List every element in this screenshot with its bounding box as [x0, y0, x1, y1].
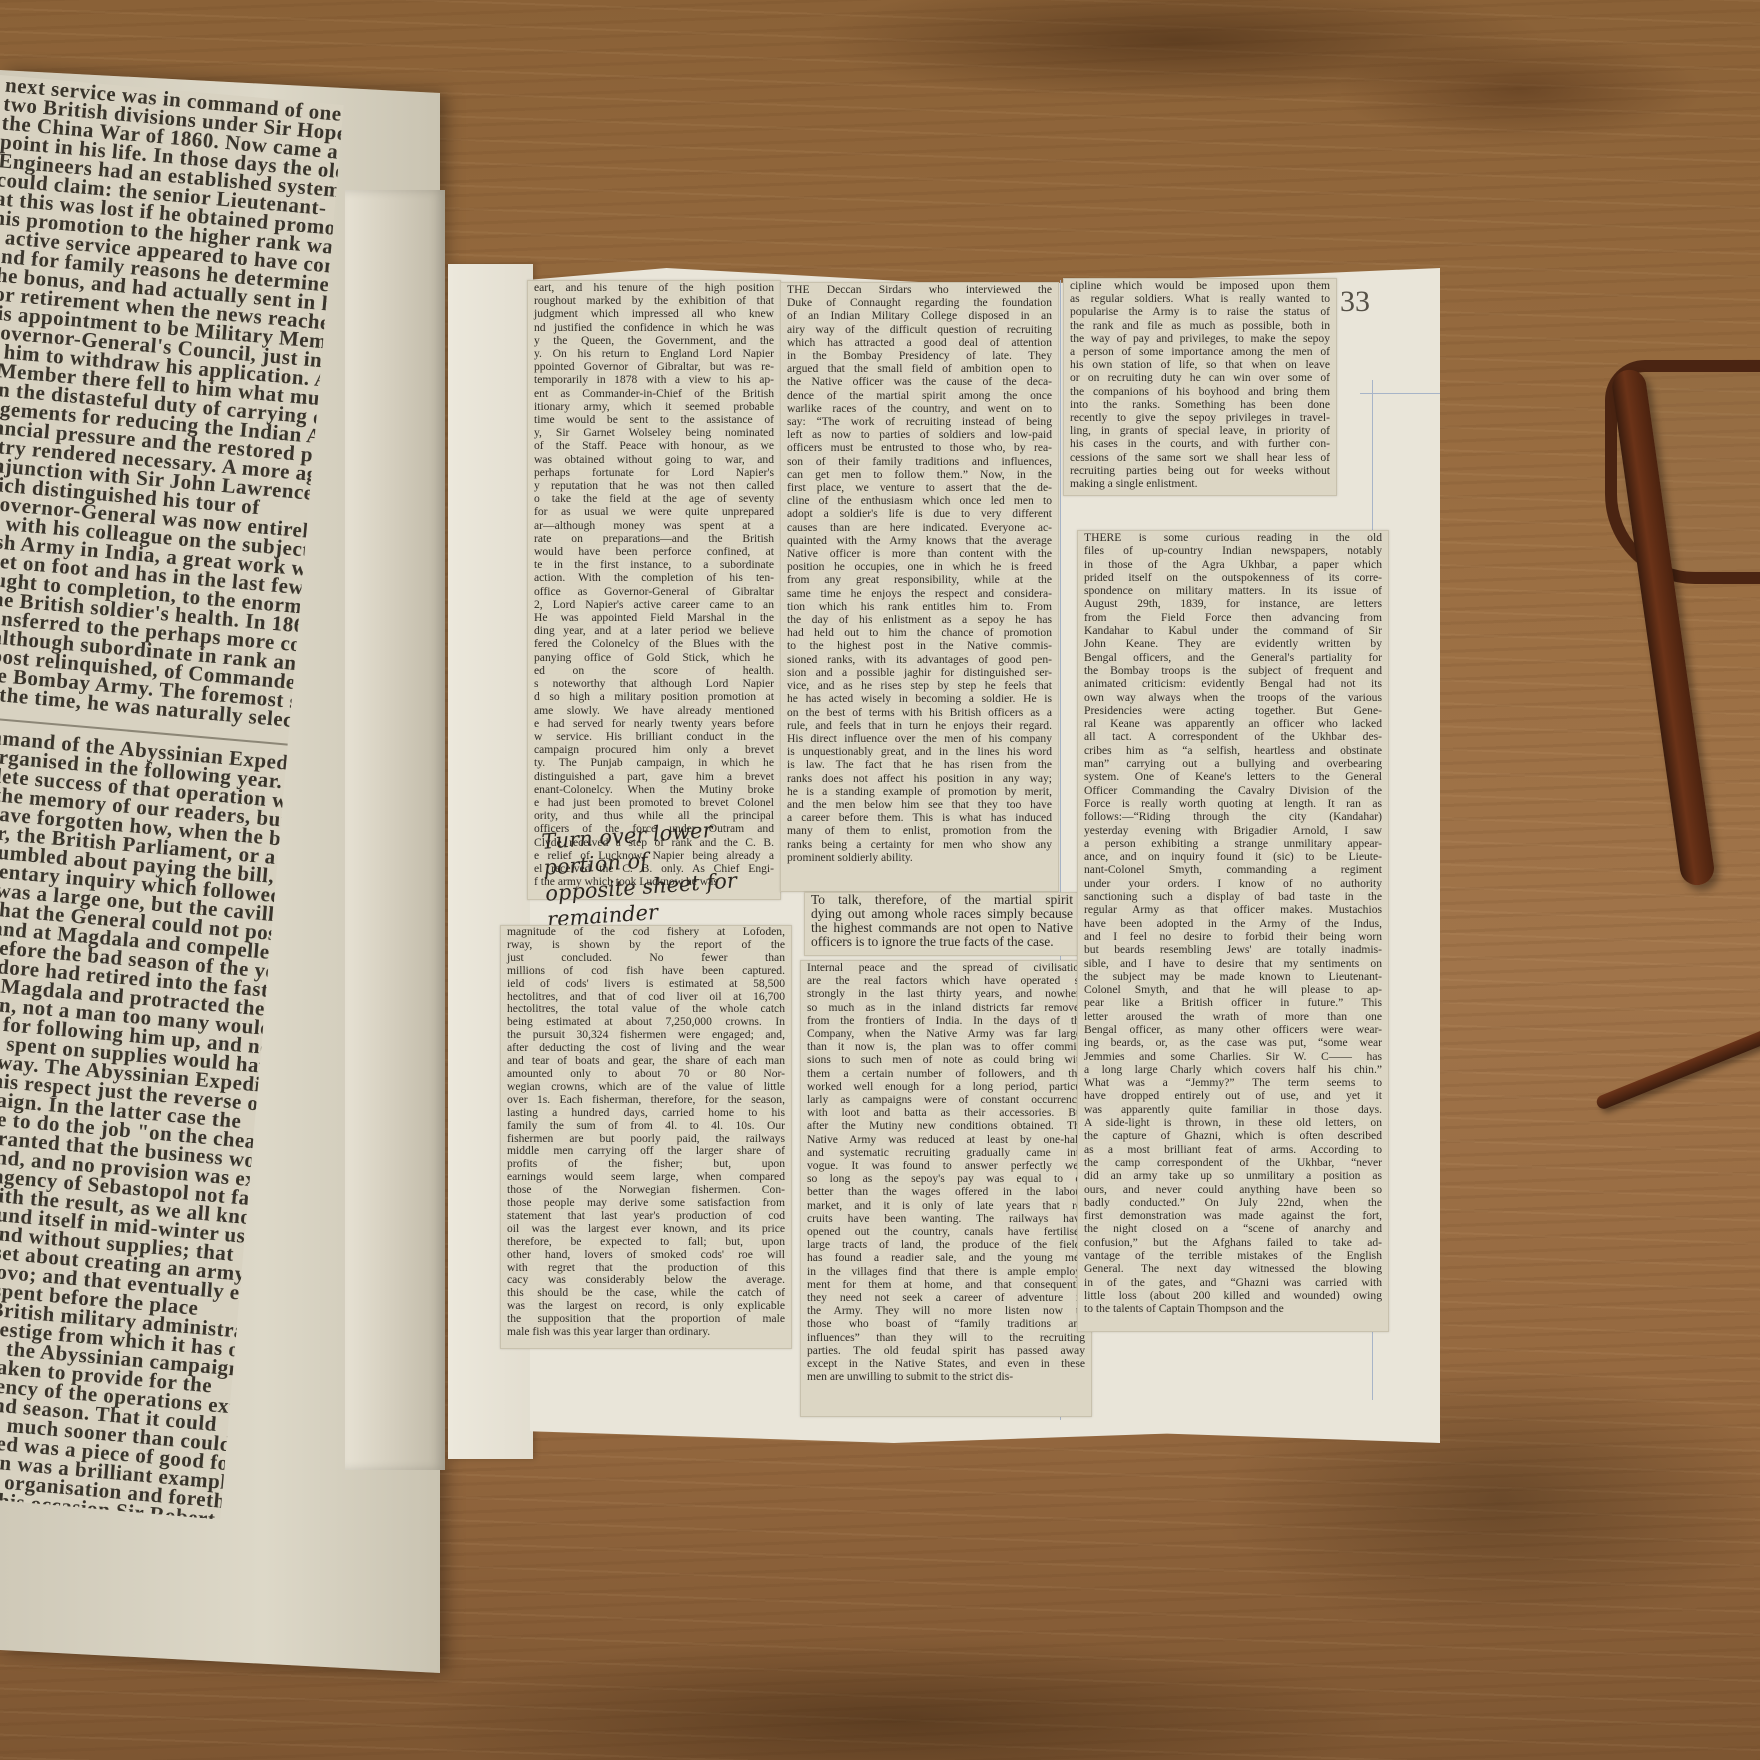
text-line: hectolitres, and that of cod liver oil a…	[501, 991, 791, 1004]
text-line: making a single enlistment.	[1064, 477, 1336, 490]
text-line: so long as the sepoy's pay was equal to …	[801, 1172, 1091, 1185]
text-line: influences” than they will to the recrui…	[801, 1331, 1091, 1344]
text-line: ed on the score of health.	[528, 664, 780, 677]
text-line: as a most brilliant feat of arms. Accord…	[1078, 1143, 1388, 1156]
text-line: in the villages find that there is ample…	[801, 1265, 1091, 1278]
left-article-upper: next service was in command of onetwo Br…	[0, 75, 344, 730]
clipping-martial-spirit-conclusion: To talk, therefore, of the martial spiri…	[804, 892, 1080, 956]
text-line: and I feel no desire to forbid their bei…	[1078, 930, 1388, 943]
text-line: than it now is, the plan was to offer co…	[801, 1040, 1091, 1053]
text-line: market, and it is only of late years tha…	[801, 1199, 1091, 1212]
text-line: had held out to him the chance of promot…	[781, 626, 1058, 639]
text-line: on the best of terms with his British of…	[781, 706, 1058, 719]
text-line: say: “The work of recruiting instead of …	[781, 415, 1058, 428]
text-line: vice, and as he rises step by step he fe…	[781, 679, 1058, 692]
text-line: many of them to enlist, promotion from t…	[781, 824, 1058, 837]
text-line: which has attracted a good deal of atten…	[781, 336, 1058, 349]
text-line: those people may derive some satisfactio…	[501, 1197, 791, 1210]
text-line: Jemmies and some Charlies. Sir W. C—— ha…	[1078, 1050, 1388, 1063]
text-line: sion and a possible jaghir for distingui…	[781, 666, 1058, 679]
clipping-deccan-sirdars: THE Deccan Sirdars who interviewed theDu…	[780, 282, 1059, 892]
text-line: cribes him as “a selfish, heartless and …	[1078, 744, 1388, 757]
text-line: the subject may be made known to Lieuten…	[1078, 970, 1388, 983]
text-line: nant-Colonel Smyth, commanding a regimen…	[1078, 863, 1388, 876]
text-line: as regular soldiers. What is really want…	[1064, 292, 1336, 305]
text-line: after the Mutiny new conditions obtained…	[801, 1119, 1091, 1132]
text-line: 2, Lord Napier's active career came to a…	[528, 598, 780, 611]
text-line: profits of the fisher; but, upon	[501, 1158, 791, 1171]
clipping-internal-peace: Internal peace and the spread of civilis…	[800, 960, 1092, 1417]
text-line: are the real factors which have operated…	[801, 974, 1091, 987]
text-line: causes than are here indicated. Everyone…	[781, 521, 1058, 534]
text-line: ance, and on inquiry found it (sic) to b…	[1078, 850, 1388, 863]
text-line: ment for them at home, and that conseque…	[801, 1278, 1091, 1291]
text-line: action. With the completion of his ten-	[528, 571, 780, 584]
text-line: ling, in grants of special leave, in pri…	[1064, 424, 1336, 437]
text-line: THE Deccan Sirdars who interviewed the	[781, 283, 1058, 296]
text-line: Duke of Connaught regarding the foundati…	[781, 296, 1058, 309]
text-line: hectolitres, the total value of the whol…	[501, 1003, 791, 1016]
text-line: y, Sir Garnet Wolseley being nominated	[528, 426, 780, 439]
text-line: y. On his return to England Lord Napier	[528, 347, 780, 360]
text-line: with regret that the production of this	[501, 1262, 791, 1275]
text-line: have been adopted in the Army of the Ind…	[1078, 917, 1388, 930]
text-line: or on recruiting duty he can win over so…	[1064, 371, 1336, 384]
text-line: earnings would seem large, when compared	[501, 1171, 791, 1184]
text-line: opened out the country, canals have fert…	[801, 1225, 1091, 1238]
text-line: popularise the Army is to raise the stat…	[1064, 305, 1336, 318]
text-line: was the largest on record, is only expli…	[501, 1300, 791, 1313]
text-line: from the frontiers of India. In the days…	[801, 1014, 1091, 1027]
text-line: sioned ranks, with its advantages of goo…	[781, 653, 1058, 666]
text-line: he has acted wisely in becoming a soldie…	[781, 692, 1058, 705]
text-line: and the men below him see that they too …	[781, 798, 1058, 811]
clipping-discipline: cipline which would be imposed upon them…	[1063, 278, 1337, 496]
text-line: s noteworthy that although Lord Napier	[528, 677, 780, 690]
text-line: oil was the largest ever known, and its …	[501, 1223, 791, 1236]
text-line: the Army. They will no more listen now t…	[801, 1304, 1091, 1317]
text-line: of an Indian Military College disposed i…	[781, 309, 1058, 322]
text-line: other hand, lovers of smoked cods' roe w…	[501, 1249, 791, 1262]
text-line: e had served for nearly twenty years bef…	[528, 717, 780, 730]
text-line: officers must be entrusted to those who,…	[781, 441, 1058, 454]
text-line: ranks does not affect his position in an…	[781, 772, 1058, 785]
text-line: follows:—“Riding through the city (Kanda…	[1078, 810, 1388, 823]
text-line: ppointed Governor of Gibraltar, but was …	[528, 360, 780, 373]
text-line: adopt a soldier's life is due to very di…	[781, 507, 1058, 520]
text-line: his own station of life, so that when on…	[1064, 358, 1336, 371]
text-line: ar—although money was spent at a	[528, 519, 780, 532]
text-line: y the Queen, the Government, and the	[528, 334, 780, 347]
text-line: a long large Charly which covers half hi…	[1078, 1063, 1388, 1076]
text-line: just concluded. No fewer than	[501, 952, 791, 965]
text-line: o take the field at the age of seventy	[528, 492, 780, 505]
text-line: have dropped entirely out of use, and ye…	[1078, 1089, 1388, 1102]
text-line: same time he enjoys the respect and cons…	[781, 587, 1058, 600]
text-line: the Native officer was the cause of the …	[781, 375, 1058, 388]
text-line: rway, is shown by the report of the	[501, 939, 791, 952]
text-line: ours, and never could anything have been…	[1078, 1183, 1388, 1196]
text-line: nd justified the confidence in which he …	[528, 321, 780, 334]
text-line: dence of the martial spirit among the on…	[781, 389, 1058, 402]
text-line: recruiting parties being out for weeks w…	[1064, 464, 1336, 477]
text-line: argued that the small field of ambition …	[781, 362, 1058, 375]
text-line: family the sum of from 4l. to 4l. 10s. O…	[501, 1120, 791, 1133]
text-line: large tracts of land, the produce of the…	[801, 1238, 1091, 1251]
text-line: prided itself on the outspokenness of it…	[1078, 571, 1388, 584]
clipping-agra-ukhbar: THERE is some curious reading in the old…	[1077, 530, 1389, 1332]
text-line: Bengal officers, and the General's parti…	[1078, 651, 1388, 664]
text-line: badly conducted.” On July 22nd, when the	[1078, 1196, 1388, 1209]
text-line: the rank and file as much as possible, b…	[1064, 319, 1336, 332]
text-line: ing beards, or, as the case was put, “so…	[1078, 1036, 1388, 1049]
text-line: into the ranks. Something has been done	[1064, 398, 1336, 411]
text-line: was apparently quite familiar in those d…	[1078, 1103, 1388, 1116]
text-line: except in the Native States, and even in…	[801, 1357, 1091, 1370]
text-line: them a certain number of followers, and …	[801, 1067, 1091, 1080]
text-line: the Bombay troops is the subject of freq…	[1078, 664, 1388, 677]
text-line: temporarily in 1878 with a view to his a…	[528, 373, 780, 386]
text-line: first demonstration was made against the…	[1078, 1209, 1388, 1222]
text-line: cacy was considerably below the average.	[501, 1274, 791, 1287]
text-line: over 1s. Each fisherman, therefore, for …	[501, 1094, 791, 1107]
text-line: lasting a hundred days, carried home to …	[501, 1107, 791, 1120]
text-line: has found a readier sale, and the young …	[801, 1251, 1091, 1264]
text-line: middle men carrying off the larger share…	[501, 1145, 791, 1158]
text-line: August 29th, 1839, for instance, are let…	[1078, 597, 1388, 610]
clipping-cod-fishery: magnitude of the cod fishery at Lofoden,…	[500, 925, 792, 1349]
text-line: all tact. A correspondent of the Ukhbar …	[1078, 730, 1388, 743]
text-line: the companions of his boyhood and bring …	[1064, 385, 1336, 398]
text-line: panying office of Gold Stick, which he	[528, 651, 780, 664]
text-line: roughout marked by the exhibition of tha…	[528, 294, 780, 307]
text-line: vantage of the terrible mistakes of the …	[1078, 1249, 1388, 1262]
text-line: y reputation that he was not then called	[528, 479, 780, 492]
text-line: of the Staff. Peace with honour, as we	[528, 439, 780, 452]
text-line: fered the Colonelcy of the Blues with th…	[528, 637, 780, 650]
text-line: quainted with the Army knows that the av…	[781, 534, 1058, 547]
text-line: after deducting the cost of living and t…	[501, 1042, 791, 1055]
text-line: for as usual we were quite unprepared	[528, 505, 780, 518]
text-line: sanctioning such a display of bad taste …	[1078, 890, 1388, 903]
text-line: vogue. It was found to answer perfectly …	[801, 1159, 1091, 1172]
text-line: from the Field Force then advancing from	[1078, 611, 1388, 624]
text-line: cruits have been wanting. The railways h…	[801, 1212, 1091, 1225]
text-line: dying out among whole races simply becau…	[805, 907, 1079, 921]
text-line: left as now to parties of soldiers and l…	[781, 428, 1058, 441]
text-line: better than the wages offered in the lab…	[801, 1185, 1091, 1198]
text-line: spondence on military matters. In its is…	[1078, 584, 1388, 597]
text-line: cessions of the same sort we shall hear …	[1064, 451, 1336, 464]
text-line: is law. The fact that he has risen from …	[781, 758, 1058, 771]
text-line: distinguished a part, gave him a brevet	[528, 770, 780, 783]
text-line: ame slowly. We have already mentioned	[528, 704, 780, 717]
text-line: system. One of Keane's letters to the Ge…	[1078, 770, 1388, 783]
text-line: Colonel Smyth, and that he will please t…	[1078, 983, 1388, 996]
text-line: wegian crowns, which are of the value of…	[501, 1081, 791, 1094]
text-line: To talk, therefore, of the martial spiri…	[805, 893, 1079, 907]
text-line: ranks being a certainty for men who show…	[781, 838, 1058, 851]
text-line: fishermen are but poorly paid, the railw…	[501, 1133, 791, 1146]
text-line: strongly in the last thirty years, and n…	[801, 987, 1091, 1000]
text-line: so much as in the inland districts far r…	[801, 1001, 1091, 1014]
text-line: e had just been promoted to brevet Colon…	[528, 796, 780, 809]
text-line: is unquestionably great, and in the line…	[781, 745, 1058, 758]
text-line: those of the Norwegian fishermen. Con-	[501, 1184, 791, 1197]
text-line: in the Bombay Presidency of late. They	[781, 349, 1058, 362]
text-line: being estimated at about 7,250,000 crown…	[501, 1016, 791, 1029]
text-line: under your orders. I know of no authorit…	[1078, 877, 1388, 890]
ruled-line	[1360, 393, 1440, 394]
text-line: would have been perforce confined, at	[528, 545, 780, 558]
text-line: men are unwilling to submit to the stric…	[801, 1370, 1091, 1383]
text-line: worked well enough for a long period, pa…	[801, 1080, 1091, 1093]
text-line: own way always when the troops of the va…	[1078, 691, 1388, 704]
text-line: statement that last year's production of…	[501, 1210, 791, 1223]
text-line: sions to such men of note as could bring…	[801, 1053, 1091, 1066]
text-line: cline of the enthusiasm which once led m…	[781, 494, 1058, 507]
text-line: man” carrying out a bullying and overbea…	[1078, 757, 1388, 770]
text-line: itionary army, which it seemed probable	[528, 400, 780, 413]
text-line: rate on preparations—and the British	[528, 532, 780, 545]
text-line: in of the gates, and “Ghazni was carried…	[1078, 1276, 1388, 1289]
text-line: to the highest post in the Native commis…	[781, 639, 1058, 652]
text-line: eart, and his tenure of the high positio…	[528, 281, 780, 294]
text-line: campaign procured him only a brevet	[528, 743, 780, 756]
text-line: millions of cod fish have been captured.	[501, 965, 791, 978]
text-line: first place, we venture to assert that t…	[781, 481, 1058, 494]
text-line: airy way of the difficult question of re…	[781, 323, 1058, 336]
text-line: the day of his enlistment as a sepoy he …	[781, 613, 1058, 626]
text-line: parties. The old feudal spirit has passe…	[801, 1344, 1091, 1357]
text-line: this should be the case, while the catch…	[501, 1287, 791, 1300]
text-line: with loot and batta as their accessories…	[801, 1106, 1091, 1119]
text-line: magnitude of the cod fishery at Lofoden,	[501, 926, 791, 939]
text-line: the night closed on a “scene of anarchy …	[1078, 1222, 1388, 1235]
text-line: Native officer is more than content with…	[781, 547, 1058, 560]
text-line: office as Governor-General of Gibraltar	[528, 585, 780, 598]
text-line: those who boast of “family traditions an…	[801, 1317, 1091, 1330]
text-line: officers is to ignore the true facts of …	[805, 935, 1079, 949]
text-line: a person exhibiting a strange unmilitary…	[1078, 837, 1388, 850]
text-line: ent as Commander-in-Chief of the British	[528, 387, 780, 400]
text-line: cipline which would be imposed upon them	[1064, 279, 1336, 292]
text-line: in those of the Agra Ukhbar, a paper whi…	[1078, 558, 1388, 571]
text-line: larly as campaigns were of constant occu…	[801, 1093, 1091, 1106]
text-line: Presidencies were acting together. But G…	[1078, 704, 1388, 717]
text-line: and tear of boats and gear, the share of…	[501, 1055, 791, 1068]
text-line: He was appointed Field Marshal in the	[528, 611, 780, 624]
text-line: A side-light is thrown, in these old let…	[1078, 1116, 1388, 1129]
text-line: the capture of Ghazni, which is often de…	[1078, 1129, 1388, 1142]
text-line: Kandahar to Kabul under the command of S…	[1078, 624, 1388, 637]
text-line: Internal peace and the spread of civilis…	[801, 961, 1091, 974]
text-line: a career before them. This is what has i…	[781, 811, 1058, 824]
text-line: therefore, be expected to fall; but, upo…	[501, 1236, 791, 1249]
text-line: recently to give the sepoy privileges in…	[1064, 411, 1336, 424]
text-line: the pursuit 30,324 fishermen were engage…	[501, 1029, 791, 1042]
text-line: time would be sent to the assistance of	[528, 413, 780, 426]
text-line: animated criticism: evidently Bengal had…	[1078, 677, 1388, 690]
text-line: te in the first instance, to a subordina…	[528, 558, 780, 571]
text-line: d so high a military position promotion …	[528, 690, 780, 703]
text-line: from any great responsibility, while at …	[781, 573, 1058, 586]
text-line: General. The next day witnessed the blow…	[1078, 1262, 1388, 1275]
text-line: little loss (about 200 killed and wounde…	[1078, 1289, 1388, 1302]
text-line: the camp correspondent of the Ukhbar, “n…	[1078, 1156, 1388, 1169]
text-line: did an army take up so unmilitary a posi…	[1078, 1169, 1388, 1182]
text-line: yesterday evening with Brigadier Arnold,…	[1078, 824, 1388, 837]
text-line: w service. His brilliant conduct in the	[528, 730, 780, 743]
text-line: they need not seek a career of adventure…	[801, 1291, 1091, 1304]
text-line: warlike races of the country, and went o…	[781, 402, 1058, 415]
text-line: files of up-country Indian newspapers, n…	[1078, 544, 1388, 557]
text-line: letter aroused the wrath of more than on…	[1078, 1010, 1388, 1023]
text-line: was obtained without going to war, and	[528, 453, 780, 466]
text-line: What was a “Jemmy?” The term seems to	[1078, 1076, 1388, 1089]
text-line: His direct influence over the men of his…	[781, 732, 1058, 745]
text-line: position he occupies, one in which he is…	[781, 560, 1058, 573]
text-line: ding year, and at a later period we beli…	[528, 624, 780, 637]
text-line: Company, when the Native Army was far la…	[801, 1027, 1091, 1040]
text-line: rule, and feels that in turn he enjoys t…	[781, 719, 1058, 732]
text-line: tion which his rank entitles him to. Fro…	[781, 600, 1058, 613]
text-line: THERE is some curious reading in the old	[1078, 531, 1388, 544]
text-line: the way of pay and privileges, to make t…	[1064, 332, 1336, 345]
book-gutter	[345, 190, 445, 1470]
text-line: to the talents of Captain Thompson and t…	[1078, 1302, 1388, 1315]
text-line: ral Keane was apparently an officer who …	[1078, 717, 1388, 730]
clipping-napier-obituary: eart, and his tenure of the high positio…	[527, 280, 781, 900]
text-line: John Keane. They are evidently written b…	[1078, 637, 1388, 650]
text-line: Force is really worth quoting at length.…	[1078, 797, 1388, 810]
text-line: the supposition that the proportion of m…	[501, 1313, 791, 1326]
page-number: 33	[1340, 285, 1370, 319]
text-line: prominent soldierly ability.	[781, 851, 1058, 864]
text-line: son of their family traditions and influ…	[781, 455, 1058, 468]
text-line: and systematic recruiting gradually came…	[801, 1146, 1091, 1159]
text-line: his cases in the courts, and with furthe…	[1064, 437, 1336, 450]
text-line: amounted only to about 70 or 80 Nor-	[501, 1068, 791, 1081]
text-line: enant-Colonelcy. When the Mutiny broke	[528, 783, 780, 796]
text-line: a person of some importance among the me…	[1064, 345, 1336, 358]
text-line: confusion,” but the Afghans failed to ta…	[1078, 1236, 1388, 1249]
text-line: ield of cods' livers is estimated at 58,…	[501, 978, 791, 991]
text-line: but beards resembling Jews' are totally …	[1078, 943, 1388, 956]
text-line: sible, and I have to desire that my sent…	[1078, 957, 1388, 970]
text-line: perhaps fortunate for Lord Napier's	[528, 466, 780, 479]
text-line: ty. The Punjab campaign, in which he	[528, 756, 780, 769]
text-line: can get men to follow them.” Now, in the	[781, 468, 1058, 481]
text-line: pear like a British officer in future.” …	[1078, 996, 1388, 1009]
text-line: male fish was this year larger than ordi…	[501, 1326, 791, 1339]
text-line: Bengal officer, as many other officers w…	[1078, 1023, 1388, 1036]
text-line: regular Army as that officer makes. Must…	[1078, 903, 1388, 916]
text-line: Officer Commanding the Cavalry Division …	[1078, 784, 1388, 797]
text-line: Native Army was reduced at least by one-…	[801, 1133, 1091, 1146]
text-line: the highest commands are not open to Nat…	[805, 921, 1079, 935]
text-line: he is a standing example of promotion by…	[781, 785, 1058, 798]
text-line: judgment which impressed all who knew	[528, 307, 780, 320]
